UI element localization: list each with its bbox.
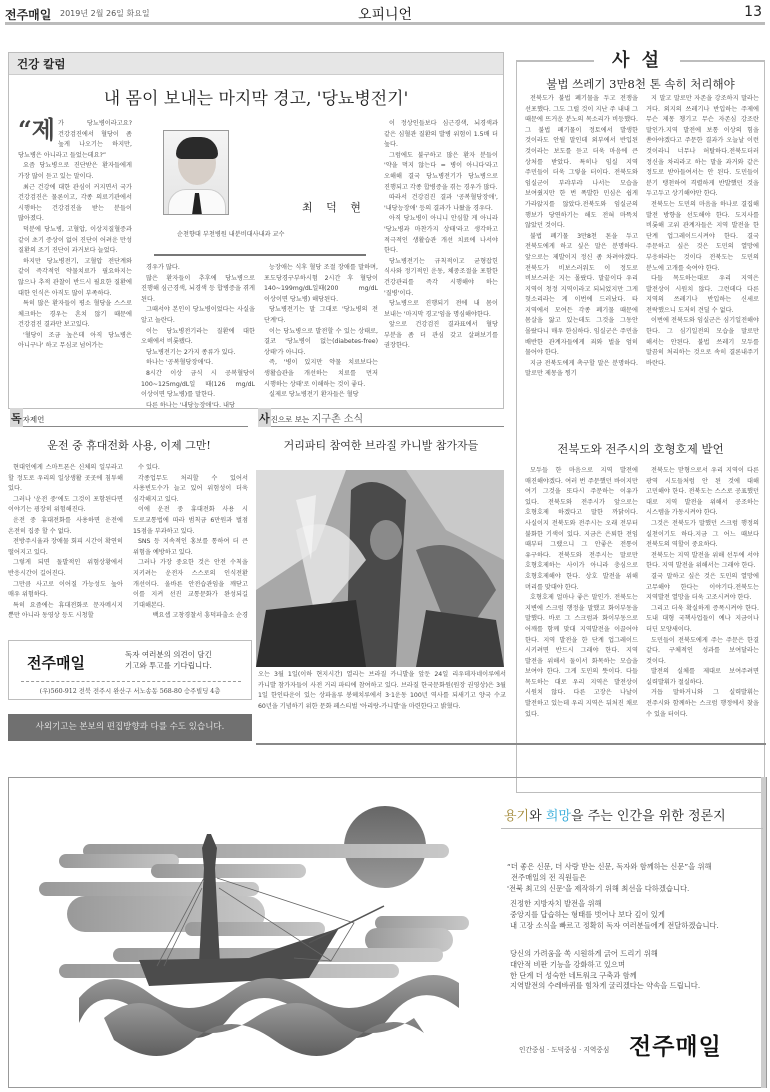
paragraph: 불법 폐기물 3만8천 톤을 두고 전북도에게 하고 싶은 말은 분명하다. 앞… <box>525 232 638 359</box>
paragraph: 당뇨병전기는 규칙적이고 균형잡힌 식사와 정기적인 운동, 체중조절을 포함한… <box>384 257 498 299</box>
submission-box: 전주매일 독자 여러분의 의견이 담긴 기고와 투고를 기다립니다. (우)56… <box>8 640 252 700</box>
section-title: 오피니언 <box>0 4 770 24</box>
paragraph: 특히 요즘에는 휴대전화로 문자메시지 뿐만 아니라 동영상 등도 시청할 <box>8 601 123 622</box>
section-rule <box>256 743 766 745</box>
paragraph: 즉, '병이 있지만 약물 치료보다는 생활습관을 개선하는 치료를 먼저 시행… <box>264 358 378 390</box>
health-col-4: 이 정상인들보다 심근경색, 뇌경색과 같은 심혈관 질환의 발병 위험이 1.… <box>384 119 498 352</box>
dropcap: “제 <box>18 119 55 141</box>
paragraph: 지금 전북도에게 촉구할 말은 분명하다. 말로만 제몽을 찡기 <box>525 359 638 380</box>
paragraph: 운전 중 휴대전화를 사용하면 운전에 온전히 집중 할 수 없다. <box>8 516 123 537</box>
paragraph: 그러나 '운전 중'에도 그것이 포함된다면 이야기는 굉장히 위험해진다. <box>8 495 123 516</box>
paragraph: 최근 건강에 대한 관심이 커지면서 국가 건강검진은 물론이고, 각종 의료기… <box>18 183 132 225</box>
paragraph: 다들 목도하는대로 우리 지역은 발전상이 시원치 않다. 그런데다 다른 지역… <box>646 274 759 316</box>
paragraph: 호형호제 얼마나 좋은 말인가. 전북도는 지변에 스크럼 행정을 말했고 화이… <box>525 593 638 720</box>
header-rule <box>5 22 765 25</box>
editorial-label: 사 설 <box>594 46 680 72</box>
paragraph: 이에 운전 중 휴대전화 사용 시 도로교통법에 따라 범칙금 6만원과 벌점 … <box>133 505 248 537</box>
paragraph: 당뇨병으로 진행되기 전에 내 몸이 보내는 '마지막 경고'임을 명심해야한다… <box>384 299 498 320</box>
tag-text: 진으로 보는 <box>271 415 312 424</box>
world-photo-tag: 사진으로 보는 지구촌 소식 <box>258 407 504 427</box>
health-col-2: 경우가 많다. 많은 환자들이 추후에 당뇨병으로 진행해 심근경색, 뇌경색 … <box>141 263 255 411</box>
ad-line: 전주매일의 전 직원들은 <box>507 873 712 884</box>
health-col-3: 능장애는 식후 혈당 조절 장애를 말하며, 포도당경구부하시험 2시간 후 혈… <box>264 263 378 401</box>
paragraph: 당뇨병전기는 2가지 종류가 있다. <box>141 348 255 359</box>
ad-line: 한 단계 더 성숙한 네트워크 구축과 함께 <box>510 971 700 982</box>
paragraph: 경우가 많다. <box>141 263 255 274</box>
paragraph: 그러나 가장 중요한 것은 안전 수칙을 지키려는 운전자 스스로의 인식전환 … <box>133 558 248 611</box>
paragraph: 각종업무도 처리할 수 있어서 사용빈도수가 늘고 있어 위험성이 더욱 심각해… <box>133 474 248 506</box>
paragraph: 8시간 이상 금식 시 공복혈당이 100~125mg/dL일 때(126 mg… <box>141 369 255 401</box>
ad-line: “더 좋은 신문, 더 사랑 받는 신문, 독자와 함께하는 신문”을 위해 <box>507 862 712 873</box>
editorial-1-col-1: 전북도가 불법 폐기물을 두고 전쟁을 선포했다. 그도 그럴 것이 지난 주 … <box>525 94 638 414</box>
paragraph: 발전의 실체를 제대로 보여주려면 실력발휘가 절실하다. <box>646 667 759 688</box>
byline-rule <box>154 254 366 256</box>
world-photo-title: 거리파티 참여한 브라질 카니발 참가자들 <box>258 437 504 453</box>
editorial-2-col-1: 모두들 한 마음으로 지역 발전에 매진해야겠다. 여러 번 주문했던 바이지만… <box>525 466 638 784</box>
paragraph: 덕분에 당뇨병, 고혈압, 이상지질혈증과 같이 초기 증상이 없어 진단이 어… <box>18 225 132 257</box>
ad-line: '전북 최고의 신문'을 제작하기 위해 최선을 다하겠습니다. <box>507 884 712 895</box>
paragraph: 요즘 당뇨병으로 진단받은 환자들에게 가장 많이 듣고 있는 말이다. <box>18 161 132 182</box>
editorial-1-col-2: 지 말고 말로만 자존을 강조하지 말라는 거다. 외지의 쓰레기나 반입하는 … <box>646 94 759 414</box>
paragraph: 그리고 더욱 확실하게 증폭시켜야 한다. 도내 대형 국책사업들이 예나 지금… <box>646 604 759 636</box>
paragraph: 모두들 한 마음으로 지역 발전에 매진해야겠다. 여러 번 주문했던 바이지만… <box>525 466 638 593</box>
author-photo <box>163 130 229 215</box>
page-number: 13 <box>744 4 762 20</box>
paragraph: 아직 당뇨병이 아니니 안심할 게 아니라 '당뇨병과 마찬가지 상태'라고 생… <box>384 214 498 256</box>
reader-opinion-col-2: 수 있다. 각종업무도 처리할 수 있어서 사용빈도수가 늘고 있어 위험성이 … <box>133 463 248 622</box>
reader-opinion-title: 운전 중 휴대전화 사용, 이제 그만! <box>10 437 248 453</box>
reader-opinion-col-1: 현대인에게 스마트폰은 신체의 일부라고 할 정도로 우리의 일상생활 곳곳에 … <box>8 463 123 622</box>
paragraph: 전북도는 맏형으로서 우리 지역이 다른 광역 시도들처럼 안 된 것에 대해 … <box>646 466 759 519</box>
editorial-top-rule <box>680 60 765 62</box>
paragraph: 전북도는 도민의 마음을 하나로 결집해 발전 방향을 선도해야 한다. 도지사… <box>646 200 759 274</box>
paragraph: 현대인에게 스마트폰은 신체의 일부라고 할 정도로 우리의 일상생활 곳곳에 … <box>8 463 123 495</box>
paragraph: 앞으로 건강검진 결과표에서 혈당 부분을 좀 더 관심 갖고 살펴보기를 권장… <box>384 320 498 352</box>
paragraph: 도민들이 전북도에게 주는 주문은 한결 같다. 구체적인 성과를 보여달라는 … <box>646 636 759 668</box>
paragraph: 따라서 건강검진 결과 '공복혈당장애', '내당능장애' 등의 결과가 나왔을… <box>384 193 498 214</box>
ad-line: 진정한 지방자치 발전을 위해 <box>510 899 719 910</box>
message-line: 독자 여러분의 의견이 담긴 <box>125 649 212 660</box>
paragraph: 전북도는 지역 발전을 위해 선두에 서야 한다. 지역 발전을 위해서는 그래… <box>646 551 759 572</box>
paragraph: 그때서야 본인이 당뇨병이었다는 사실을 알고 놀란다. <box>141 305 255 326</box>
paragraph: 실제로 당뇨병전기 환자들은 혈당 <box>264 390 378 401</box>
health-column: 건강 칼럼 내 몸이 보내는 마지막 경고, '당뇨병전기' “제 가 당뇨병이… <box>8 52 504 409</box>
paragraph: 당뇨병전기는 말 그대로 '당뇨병의 전 단계'다. <box>264 305 378 326</box>
carnival-photo <box>256 470 504 667</box>
submission-address: (우)560-912 전북 전주시 완산구 서노송동 568-80 승주빌딩 4… <box>9 686 251 695</box>
tag-initial: 사 <box>258 408 271 427</box>
paragraph: SNS 등 지속적인 홍보를 통하여 더 큰 위험을 예방하고 있다. <box>133 537 248 558</box>
author-name: 최 덕 현 <box>302 199 366 215</box>
submission-message: 독자 여러분의 의견이 담긴 기고와 투고를 기다립니다. <box>125 649 212 671</box>
ad-logo: 전주매일 <box>629 1028 722 1061</box>
slogan-text: 을 주는 인간을 위한 정론지 <box>571 809 726 824</box>
ad-slogan: 용기와 희망을 주는 인간을 위한 정론지 <box>504 805 726 824</box>
ad-line: 중앙지를 답습하는 형태를 벗어나 보다 깊이 있게 <box>510 910 719 921</box>
paragraph: 하지만 당뇨병전기, 고혈압 전단계와 같이 즉각적인 약물치료가 필요하지는 … <box>18 257 132 299</box>
slogan-hope: 희망 <box>546 809 571 824</box>
paragraph: 결국 말하고 싶은 것은 도민의 열망에 고무해야 한다는 이야기다.전북도는 … <box>646 572 759 604</box>
paragraph: 많은 환자들이 추후에 당뇨병으로 진행해 심근경색, 뇌경색 등 합병증을 겪… <box>141 274 255 306</box>
ad-paragraph-3: 당신의 가려움을 쏙 시원하게 긁어 드리기 위해 대안적 비판 기능을 강화하… <box>510 949 700 992</box>
tag-initial: 독 <box>10 408 23 427</box>
lighthouse-ship-illustration <box>9 778 469 1087</box>
paragraph: 지 말고 말로만 자존을 강조하지 말라는 거다. 외지의 쓰레기나 반입하는 … <box>646 94 759 200</box>
slogan-rule <box>501 828 763 829</box>
paragraph: 이는 당뇨병으로 발전할 수 있는 상태로, 결코 '당뇨병이 없는(diabe… <box>264 327 378 359</box>
slogan-text: 와 <box>529 809 546 824</box>
photo-hair <box>176 137 218 159</box>
paragraph: 특히 많은 환자들이 평소 혈당을 스스로 체크하는 경우는 흔치 않기 때문에… <box>18 299 132 331</box>
health-column-tag: 건강 칼럼 <box>9 53 503 75</box>
slogan-courage: 용기 <box>504 809 529 824</box>
reader-opinion-tag: 독자제언 <box>10 407 248 427</box>
paragraph: 그만큼 사고로 이어질 가능성도 높아 매우 위험하다. <box>8 580 123 601</box>
author-affiliation: 순천향대 부천병원 내분비대사내과 교수 <box>177 229 285 238</box>
paragraph: 수 있다. <box>133 463 248 474</box>
ad-line: 내 고장 소식을 빠르고 정확히 독자 여러분들에게 전달하겠습니다. <box>510 921 719 932</box>
health-column-title: 내 몸이 보내는 마지막 경고, '당뇨병전기' <box>9 84 503 109</box>
disclaimer-notice: 사외기고는 본보의 편집방향과 다를 수도 있습니다. <box>8 714 252 741</box>
ad-line: 대안적 비판 기능을 강화하고 있으며 <box>510 960 700 971</box>
tag-text: 자제언 <box>23 415 45 424</box>
ad-line: 당신의 가려움을 쏙 시원하게 긁어 드리기 위해 <box>510 949 700 960</box>
ad-tagline: 인간중심 · 도덕중심 · 지역중심 <box>519 1044 609 1054</box>
paragraph: 하나는 '공복혈당장애'다. <box>141 358 255 369</box>
ad-paragraph-2: 진정한 지방자치 발전을 위해 중앙지를 답습하는 형태를 벗어나 보다 깊이 … <box>510 899 719 931</box>
paragraph: 그것은 전북도가 말했던 스크럼 행정의 실천이기도 하다.지금 그 어느 때보… <box>646 519 759 551</box>
world-photo-caption: 오는 3월 1일(이하 현지시간) 열리는 브라질 카니발을 앞둔 24일 리우… <box>258 670 506 712</box>
paragraph: 이는 당뇨병전기라는 질환에 대한 오해에서 비롯됐다. <box>141 327 255 348</box>
submission-logo: 전주매일 <box>27 652 85 673</box>
ad-paragraph-1: “더 좋은 신문, 더 사랑 받는 신문, 독자와 함께하는 신문”을 위해 전… <box>507 862 712 894</box>
paragraph: 거듭 말하거니와 그 실력발휘는 전주시와 함께하는 스크럼 행정에서 찾을 수… <box>646 688 759 720</box>
message-line: 기고와 투고를 기다립니다. <box>125 660 212 671</box>
paragraph: 전방주시율과 장애물 회피 시간이 확연히 떨어지고 있다. <box>8 537 123 558</box>
paragraph: 전북도가 불법 폐기물을 두고 전쟁을 선포했다. 그도 그럴 것이 지난 주 … <box>525 94 638 232</box>
editorial-2-col-2: 전북도는 맏형으로서 우리 지역이 다른 광역 시도들처럼 안 된 것에 대해 … <box>646 466 759 784</box>
paragraph: 이번에 전북도와 임실군은 심기일전해야 한다. 그 심기일전의 모습을 말로만… <box>646 316 759 369</box>
paragraph: '혈당이 조금 높은데 아직 당뇨병은 아니구나' 하고 무심코 넘어가는 <box>18 331 132 352</box>
health-col-1: “제 가 당뇨병이라고요? 건강검진에서 혈당이 좀 높게 나오기는 하지만, … <box>18 119 132 352</box>
paragraph: 이 정상인들보다 심근경색, 뇌경색과 같은 심혈관 질환의 발병 위험이 1.… <box>384 119 498 151</box>
editorial-top-rule <box>516 60 594 62</box>
editorial-title-1: 불법 쓰레기 3만8천 톤 속히 처리해야 <box>516 76 765 92</box>
ad-line: 지역발전의 수레바퀴를 힘차게 굴리겠다는 약속을 드립니다. <box>510 981 700 992</box>
reader-opinion-credit: 백요셉 고창경찰서 흥덕파출소 순경 <box>133 611 248 622</box>
tag-accent: 지구촌 소식 <box>312 414 363 425</box>
dashed-divider <box>21 681 241 682</box>
ad-side-bar <box>761 777 766 1088</box>
paragraph: 그럼에도 불구하고 많은 환자 분들이 '약을 먹지 않는다 = 병이 아니다'… <box>384 151 498 193</box>
carnival-image <box>256 470 504 667</box>
paragraph: 능장애는 식후 혈당 조절 장애를 말하며, 포도당경구부하시험 2시간 후 혈… <box>264 263 378 305</box>
paragraph: 그렇게 되면 돌발적인 위험상황에서 반응시간이 길어진다. <box>8 558 123 579</box>
editorial-title-2: 전북도와 전주시의 호형호제 발언 <box>516 441 765 457</box>
